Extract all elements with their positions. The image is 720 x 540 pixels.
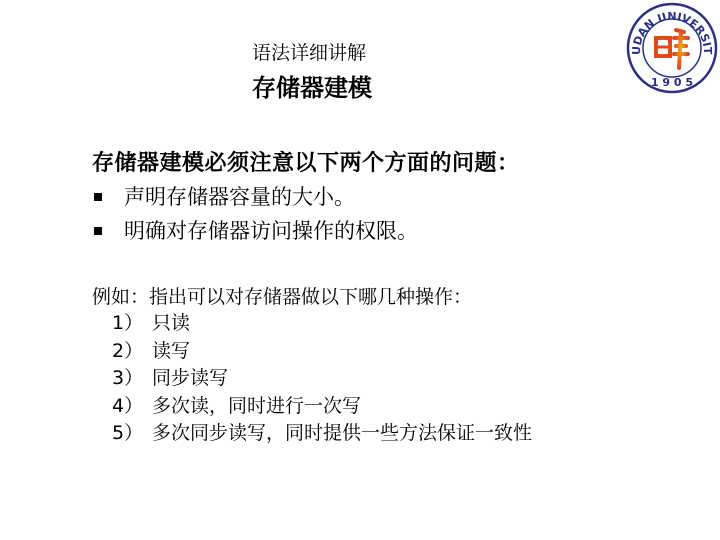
requirement-list: 声明存储器容量的大小。 明确对存储器访问操作的权限。: [92, 180, 418, 248]
item-number: 5）: [112, 420, 152, 448]
slide-title: 存储器建模: [252, 68, 372, 103]
list-item: 明确对存储器访问操作的权限。: [92, 214, 418, 248]
square-bullet-icon: [94, 193, 102, 201]
list-item-label: 同步读写: [152, 367, 228, 389]
list-item-label: 只读: [152, 312, 190, 334]
list-item: 4）多次读，同时进行一次写: [112, 393, 532, 421]
item-number: 3）: [112, 365, 152, 393]
slide-subtitle: 语法详细讲解: [252, 38, 366, 65]
main-heading: 存储器建模必须注意以下两个方面的问题：: [92, 146, 520, 177]
list-item: 2）读写: [112, 338, 532, 366]
square-bullet-icon: [94, 227, 102, 235]
list-item: 5）多次同步读写，同时提供一些方法保证一致性: [112, 420, 532, 448]
list-item: 声明存储器容量的大小。: [92, 180, 418, 214]
svg-text:1 9 0 5: 1 9 0 5: [651, 76, 693, 89]
fudan-university-logo-icon: FUDAN UNIVERSITY 1 9 0 5: [626, 2, 718, 94]
list-item: 1）只读: [112, 310, 532, 338]
operations-list: 1）只读 2）读写 3）同步读写 4）多次读，同时进行一次写 5）多次同步读写，…: [112, 310, 532, 448]
example-intro: 例如：指出可以对存储器做以下哪几种操作：: [92, 282, 472, 309]
item-number: 1）: [112, 310, 152, 338]
list-item-label: 声明存储器容量的大小。: [124, 180, 355, 214]
list-item: 3）同步读写: [112, 365, 532, 393]
list-item-label: 读写: [152, 340, 190, 362]
list-item-label: 多次同步读写，同时提供一些方法保证一致性: [152, 422, 532, 444]
list-item-label: 多次读，同时进行一次写: [152, 395, 361, 417]
item-number: 4）: [112, 393, 152, 421]
list-item-label: 明确对存储器访问操作的权限。: [124, 214, 418, 248]
item-number: 2）: [112, 338, 152, 366]
